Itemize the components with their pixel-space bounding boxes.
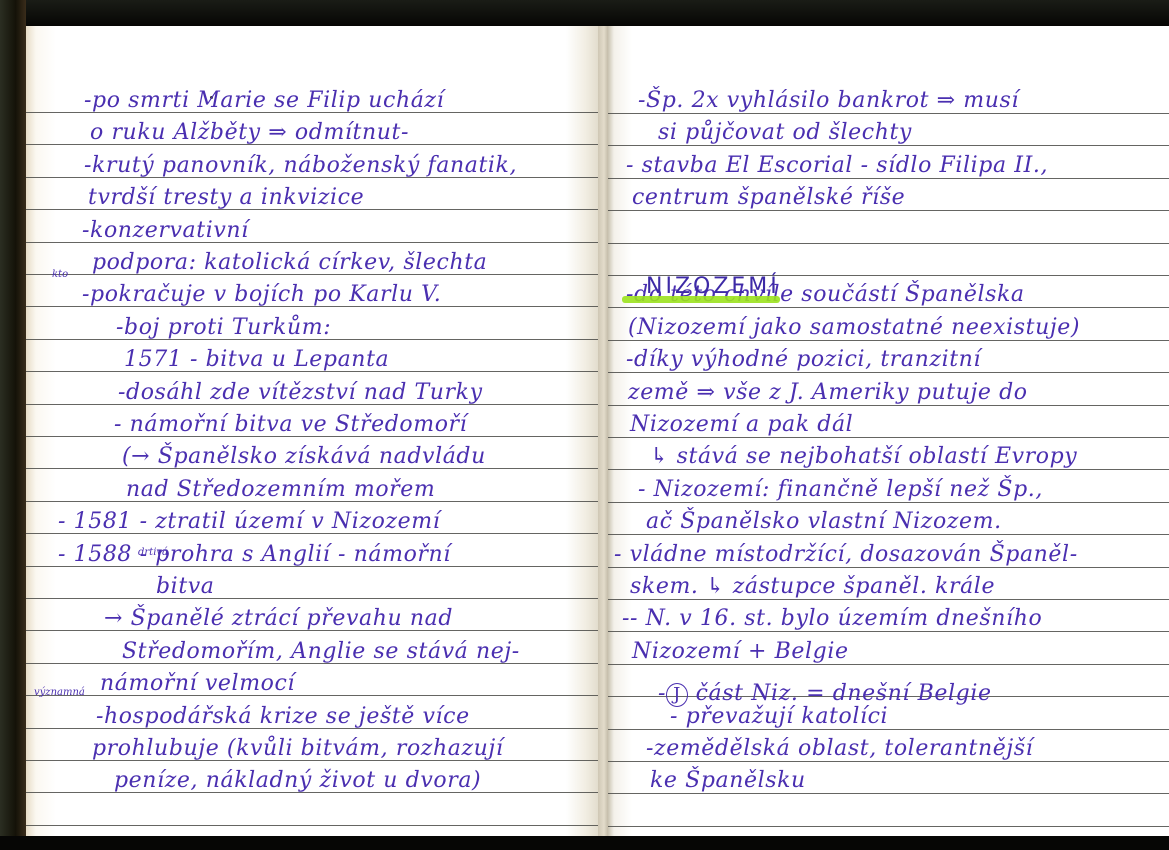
handwritten-line: země ⇒ vše z J. Ameriky putuje do [628, 380, 1028, 405]
handwritten-line: tvrdší tresty a inkvizice [88, 185, 364, 210]
handwritten-line: bitva [156, 574, 215, 599]
handwritten-line: námořní velmocí [100, 671, 295, 696]
ruled-line [608, 437, 1169, 438]
handwritten-line: (Nizozemí jako samostatné neexistuje) [628, 315, 1080, 340]
handwritten-line: centrum španělské říše [632, 185, 905, 210]
handwritten-line: - Nizozemí: finančně lepší než Šp., [638, 477, 1043, 502]
handwritten-line: si půjčovat od šlechty [658, 120, 912, 145]
handwritten-line: ač Španělsko vlastní Nizozem. [646, 509, 1002, 534]
handwritten-line: -díky výhodné pozici, tranzitní [626, 347, 981, 372]
ruled-line [608, 178, 1169, 179]
handwritten-line: -Šp. 2x vyhlásilo bankrot ⇒ musí [638, 88, 1019, 113]
handwritten-line: -- N. v 16. st. bylo územím dnešního [622, 606, 1042, 631]
handwritten-line: (→ Španělsko získává nadvládu [122, 444, 486, 469]
ruled-line [608, 469, 1169, 470]
ruled-line [608, 793, 1169, 794]
handwritten-line: Nizozemí a pak dál [630, 412, 853, 437]
handwritten-line: -pokračuje v bojích po Karlu V. [82, 282, 441, 307]
ruled-line [608, 664, 1169, 665]
section-heading: NIZOZEMÍ [646, 274, 780, 299]
handwritten-line: -hospodářská krize se ještě více [96, 704, 470, 729]
handwritten-line: - převažují katolíci [670, 704, 888, 729]
handwritten-line: - námořní bitva ve Středomoří [114, 412, 467, 437]
handwritten-line: - stavba El Escorial - sídlo Filipa II., [626, 153, 1048, 178]
handwritten-line: peníze, nákladný život u dvora) [114, 768, 481, 793]
handwritten-line: -zemědělská oblast, tolerantnější [646, 736, 1033, 761]
handwritten-line: - vládne místodržící, dosazován Španěl- [614, 542, 1078, 567]
handwritten-line: o ruku Alžběty ⇒ odmítnut- [90, 120, 409, 145]
handwritten-line: nad Středozemním mořem [126, 477, 435, 502]
ruled-line [608, 534, 1169, 535]
ruled-line [608, 340, 1169, 341]
margin-note-velmoci: významná [34, 687, 85, 698]
handwritten-line: 1571 - bitva u Lepanta [124, 347, 389, 372]
ruled-line [26, 598, 606, 599]
scan-left-edge [0, 0, 26, 850]
handwritten-line: -krutý panovník, náboženský fanatik, [84, 153, 517, 178]
handwritten-line: skem. ↳ zástupce španěl. krále [630, 574, 995, 599]
handwritten-line: Nizozemí + Belgie [632, 639, 849, 664]
handwritten-line: Středomořím, Anglie se stává nej- [122, 639, 520, 664]
handwritten-line: -konzervativní [82, 218, 249, 243]
handwritten-line: → Španělé ztrácí převahu nad [104, 606, 453, 631]
scan-top-edge [0, 0, 1169, 26]
handwritten-line: - 1588 - prohra s Anglií - námořní [58, 542, 451, 567]
ruled-line [608, 631, 1169, 632]
ruled-line [608, 761, 1169, 762]
ruled-line [608, 826, 1169, 827]
ruled-line [608, 567, 1169, 568]
left-page: -po smrti Marie se Filip ucházío ruku Al… [26, 26, 606, 836]
circled-item: -J část Niz. = dnešní Belgie [658, 681, 992, 707]
ruled-line [608, 372, 1169, 373]
circled-marker: J [666, 683, 688, 707]
handwritten-line: ke Španělsku [650, 768, 806, 793]
scan-bottom-edge [0, 836, 1169, 850]
right-page: -Šp. 2x vyhlásilo bankrot ⇒ musísi půjčo… [608, 26, 1169, 836]
ruled-line [608, 599, 1169, 600]
handwritten-line: -po smrti Marie se Filip uchází [84, 88, 444, 113]
handwritten-line: prohlubuje (kvůli bitvám, rozhazují [92, 736, 504, 761]
ruled-line [608, 502, 1169, 503]
superscript-1588: drtivá [138, 547, 168, 558]
handwritten-line: - 1581 - ztratil území v Nizozemí [58, 509, 440, 534]
ruled-line [608, 307, 1169, 308]
ruled-line [608, 729, 1169, 730]
handwritten-line: -dosáhl zde vítězství nad Turky [118, 380, 483, 405]
margin-note-podpora: kto [52, 269, 68, 280]
ruled-line [608, 113, 1169, 114]
circled-item-text: část Niz. = dnešní Belgie [696, 681, 992, 706]
handwritten-line: -boj proti Turkům: [116, 315, 331, 340]
handwritten-line: ↳ stává se nejbohatší oblastí Evropy [650, 444, 1077, 469]
ruled-line [26, 825, 606, 826]
ruled-line [608, 145, 1169, 146]
ruled-line [608, 210, 1169, 211]
ruled-line [608, 243, 1169, 244]
ruled-line [608, 405, 1169, 406]
handwritten-line: podpora: katolická církev, šlechta [92, 250, 487, 275]
